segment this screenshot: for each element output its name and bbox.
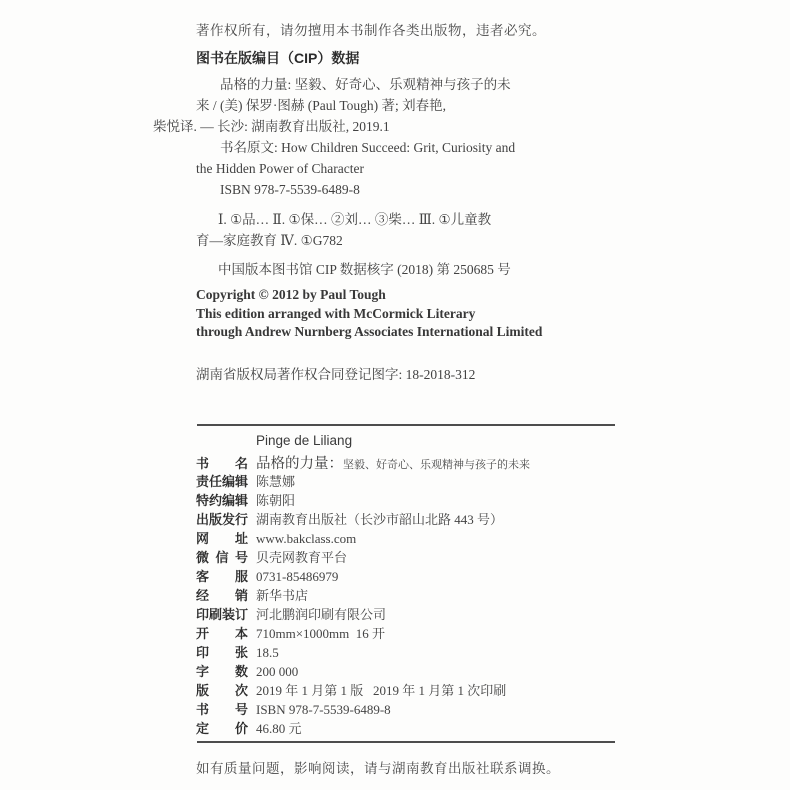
pinyin-title-row: Pinge de Liliang xyxy=(196,433,626,452)
row-value: 710mm×1000mm 16 开 xyxy=(256,623,385,642)
colophon-table: Pinge de Liliang 书名 品格的力量：坚毅、好奇心、乐观精神与孩子… xyxy=(196,433,626,737)
row-value: 河北鹏润印刷有限公司 xyxy=(256,604,386,623)
classification-line: Ⅰ. ①品… Ⅱ. ①保… ②刘… ③柴… Ⅲ. ①儿童教 xyxy=(196,209,636,230)
copyright-statement-block: Copyright © 2012 by Paul Tough This edit… xyxy=(196,286,636,342)
cip-data-heading: 图书在版编目（CIP）数据 xyxy=(196,48,359,68)
table-row-distributor: 经销 新华书店 xyxy=(196,585,626,604)
table-row-publisher: 出版发行 湖南教育出版社（长沙市韶山北路 443 号） xyxy=(196,509,626,528)
table-row-isbn: 书号 ISBN 978-7-5539-6489-8 xyxy=(196,699,626,718)
row-label: 印刷装订 xyxy=(196,604,248,623)
row-label: 版次 xyxy=(196,680,248,699)
book-title-label: 书名 xyxy=(196,453,248,472)
table-row-price: 定价 46.80 元 xyxy=(196,718,626,737)
row-value: 新华书店 xyxy=(256,585,308,604)
table-row-contract-editor: 特约编辑 陈朝阳 xyxy=(196,490,626,509)
cip-classification-block: Ⅰ. ①品… Ⅱ. ①保… ②刘… ③柴… Ⅲ. ①儿童教 育—家庭教育 Ⅳ. … xyxy=(196,209,636,251)
quality-exchange-note: 如有质量问题，影响阅读，请与湖南教育出版社联系调换。 xyxy=(196,757,560,777)
table-row-website: 网址 www.bakclass.com xyxy=(196,528,626,547)
table-row-edition: 版次 2019 年 1 月第 1 版 2019 年 1 月第 1 次印刷 xyxy=(196,680,626,699)
row-label: 特约编辑 xyxy=(196,490,248,509)
cip-line: 柴悦译. — 长沙: 湖南教育出版社, 2019.1 xyxy=(153,116,636,137)
row-value: www.bakclass.com xyxy=(256,531,356,547)
row-label: 字数 xyxy=(196,661,248,680)
cip-description-block: 品格的力量: 坚毅、好奇心、乐观精神与孩子的未 来 / (美) 保罗·图赫 (P… xyxy=(196,74,636,200)
copyright-registration-number: 湖南省版权局著作权合同登记图字: 18-2018-312 xyxy=(196,363,475,383)
row-value: 陈朝阳 xyxy=(256,490,295,509)
row-label: 印张 xyxy=(196,642,248,661)
book-title-row: 书名 品格的力量：坚毅、好奇心、乐观精神与孩子的未来 xyxy=(196,452,626,471)
cip-isbn-line: ISBN 978-7-5539-6489-8 xyxy=(196,179,636,200)
row-value: ISBN 978-7-5539-6489-8 xyxy=(256,702,391,718)
row-label: 开本 xyxy=(196,623,248,642)
row-label: 网址 xyxy=(196,528,248,547)
book-title-subtitle: 坚毅、好奇心、乐观精神与孩子的未来 xyxy=(343,459,530,471)
cip-original-title-line: 书名原文: How Children Succeed: Grit, Curios… xyxy=(196,137,636,158)
row-value: 2019 年 1 月第 1 版 2019 年 1 月第 1 次印刷 xyxy=(256,680,506,699)
row-label: 出版发行 xyxy=(196,509,248,528)
cip-line: 来 / (美) 保罗·图赫 (Paul Tough) 著; 刘春艳, xyxy=(196,95,636,116)
rights-notice: 著作权所有，请勿擅用本书制作各类出版物，违者必究。 xyxy=(196,19,546,39)
table-row-managing-editor: 责任编辑 陈慧娜 xyxy=(196,471,626,490)
row-label: 经销 xyxy=(196,585,248,604)
row-value: 200 000 xyxy=(256,664,298,680)
colophon-bottom-rule xyxy=(197,741,615,743)
copyright-line: Copyright © 2012 by Paul Tough xyxy=(196,286,636,305)
copyright-page: 著作权所有，请勿擅用本书制作各类出版物，违者必究。 图书在版编目（CIP）数据 … xyxy=(0,0,790,790)
cip-original-title-line: the Hidden Power of Character xyxy=(196,158,636,179)
cip-record-number: 中国版本图书馆 CIP 数据核字 (2018) 第 250685 号 xyxy=(218,258,511,278)
colophon-top-rule xyxy=(197,424,615,426)
row-label: 定价 xyxy=(196,718,248,737)
table-row-word-count: 字数 200 000 xyxy=(196,661,626,680)
copyright-line: through Andrew Nurnberg Associates Inter… xyxy=(196,323,636,342)
classification-line: 育—家庭教育 Ⅳ. ①G782 xyxy=(196,230,636,251)
copyright-line: This edition arranged with McCormick Lit… xyxy=(196,305,636,324)
row-label: 责任编辑 xyxy=(196,471,248,490)
table-row-printer: 印刷装订 河北鹏润印刷有限公司 xyxy=(196,604,626,623)
row-value: 湖南教育出版社（长沙市韶山北路 443 号） xyxy=(256,509,503,528)
table-row-wechat: 微信号 贝壳网教育平台 xyxy=(196,547,626,566)
row-value: 陈慧娜 xyxy=(256,471,295,490)
table-row-format: 开本 710mm×1000mm 16 开 xyxy=(196,623,626,642)
row-label: 客服 xyxy=(196,566,248,585)
row-label: 微信号 xyxy=(196,547,248,566)
row-value: 46.80 元 xyxy=(256,718,302,737)
cip-line: 品格的力量: 坚毅、好奇心、乐观精神与孩子的未 xyxy=(196,74,636,95)
row-value: 18.5 xyxy=(256,645,279,661)
row-value: 0731-85486979 xyxy=(256,569,338,585)
row-label: 书号 xyxy=(196,699,248,718)
book-title-value: 品格的力量：坚毅、好奇心、乐观精神与孩子的未来 xyxy=(256,452,530,473)
row-value: 贝壳网教育平台 xyxy=(256,547,347,566)
table-row-sheets: 印张 18.5 xyxy=(196,642,626,661)
table-row-customer-service: 客服 0731-85486979 xyxy=(196,566,626,585)
book-title-main: 品格的力量： xyxy=(256,456,343,472)
pinyin-title: Pinge de Liliang xyxy=(256,433,352,448)
